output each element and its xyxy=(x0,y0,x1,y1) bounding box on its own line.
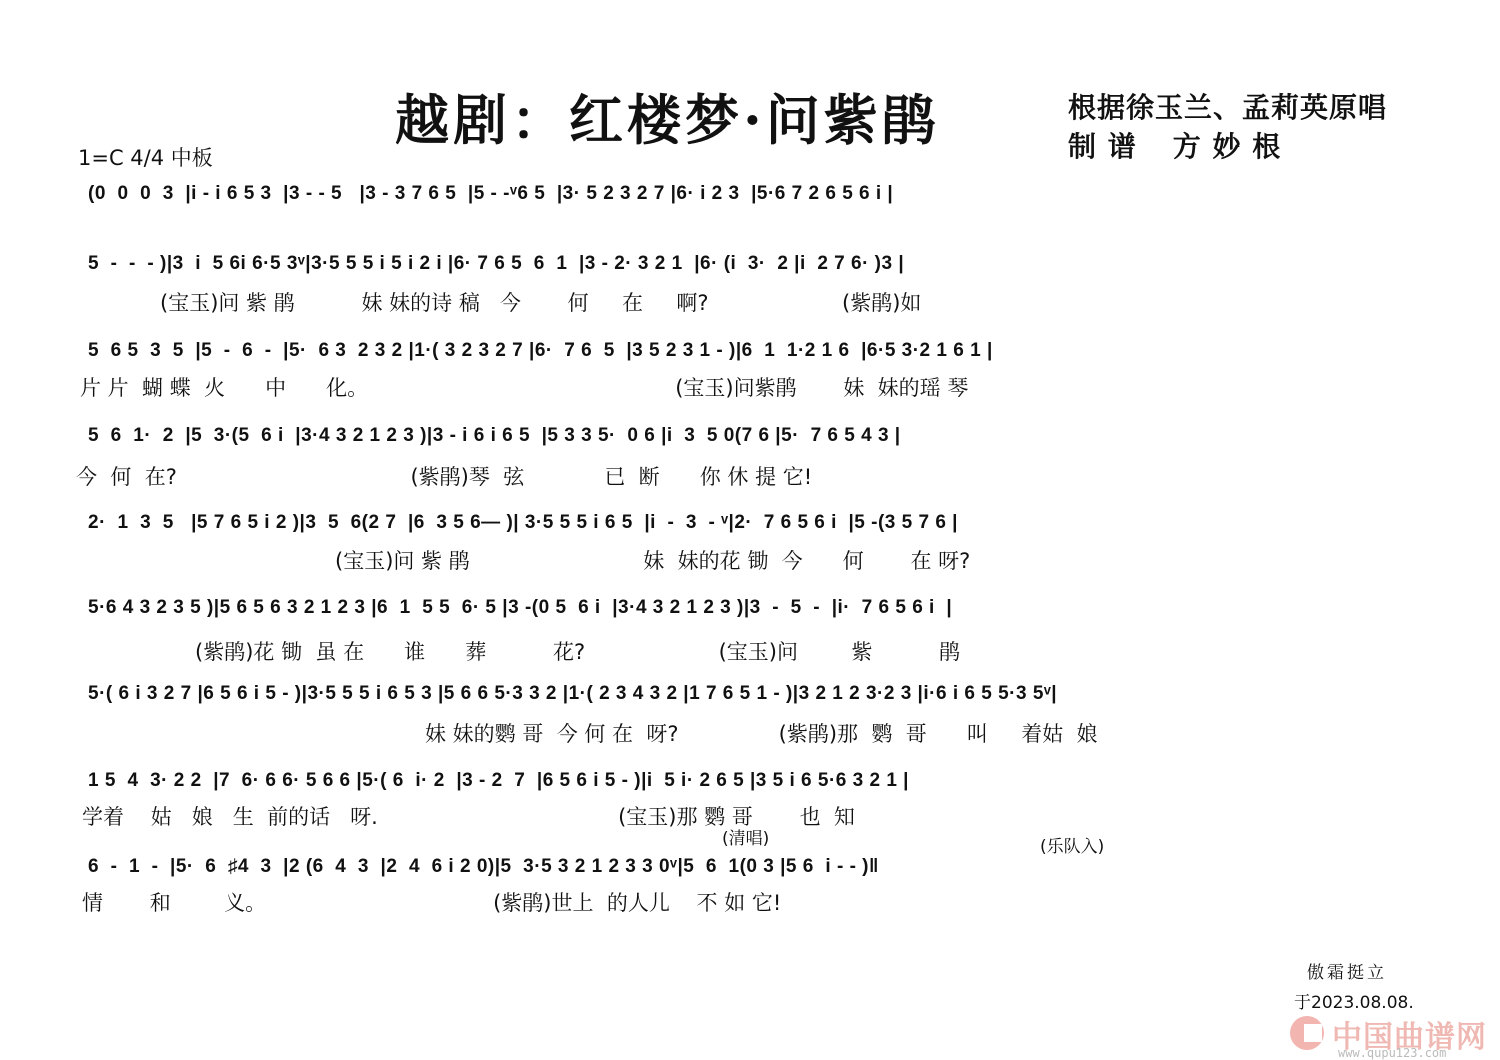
watermark-url: www.qupu123.com xyxy=(1338,1046,1446,1060)
score-line-3-lyrics: 片 片 蝴 蝶 火 中 化。 (宝玉)问紫鹃 妹 妹的瑶 琴 xyxy=(80,372,968,402)
score-line-9-notes: 6 - 1 - |5· 6 ♯4 3 |2 (6 4 3 |2 4 6 i 2 … xyxy=(88,856,879,878)
score-line-5-notes: 2· 1 3 5 |5 7 6 5 i 2 )|3 5 6(2 7 |6 3 5… xyxy=(88,512,958,534)
transcriber-label: 制 谱 xyxy=(1068,125,1137,165)
watermark-logo-icon xyxy=(1290,1016,1324,1050)
transcriber-credit: 制 谱方 妙 根 xyxy=(1068,125,1281,165)
date: 于2023.08.08. xyxy=(1294,988,1414,1013)
score-line-9-lyrics: 情 和 义。 (紫鹃)世上 的人儿 不 如 它! xyxy=(82,887,781,917)
score-line-7-lyrics: 妹 妹的鹦 哥 今 何 在 呀? (紫鹃)那 鹦 哥 叫 着姑 娘 xyxy=(425,718,1098,748)
score-line-4-lyrics: 今 何 在? (紫鹃)琴 弦 已 断 你 休 提 它! xyxy=(76,461,812,491)
watermark: 中国曲谱网 www.qupu123.com xyxy=(1290,1012,1500,1060)
score-line-7-notes: 5·( 6 i 3 2 7 |6 5 6 i 5 - )|3·5 5 5 i 6… xyxy=(88,683,1057,705)
signature: 傲霜挺立 xyxy=(1307,958,1387,983)
qingchang-annotation: (清唱) xyxy=(722,824,769,849)
page-title: 越剧：红楼梦·问紫鹃 xyxy=(395,78,940,155)
score-line-2-lyrics: (宝玉)问 紫 鹃 妹 妹的诗 稿 今 何 在 啊? (紫鹃)如 xyxy=(160,287,921,317)
score-line-4-notes: 5 6 1· 2 |5 3·(5 6 i |3·4 3 2 1 2 3 )|3 … xyxy=(88,425,901,447)
score-line-3-notes: 5 6 5 3 5 |5 - 6 - |5· 6 3 2 3 2 |1·( 3 … xyxy=(88,340,993,362)
score-line-8-notes: 1 5 4 3· 2 2 |7 6· 6 6· 5 6 6 |5·( 6 i· … xyxy=(88,770,909,792)
score-line-6-lyrics: (紫鹃)花 锄 虽 在 谁 葬 花? (宝玉)问 紫 鹃 xyxy=(195,636,960,666)
original-singers-credit: 根据徐玉兰、孟莉英原唱 xyxy=(1068,86,1387,126)
band-enters-annotation: (乐队入) xyxy=(1040,832,1104,857)
score-line-6-notes: 5·6 4 3 2 3 5 )|5 6 5 6 3 2 1 2 3 |6 1 5… xyxy=(88,597,952,619)
transcriber-name: 方 妙 根 xyxy=(1173,125,1282,165)
key-signature: 1=C 4/4 中板 xyxy=(78,142,213,172)
score-line-5-lyrics: (宝玉)问 紫 鹃 妹 妹的花 锄 今 何 在 呀? xyxy=(335,545,970,575)
score-line-1-notes: (0 0 0 3 |i - i 6 5 3 |3 - - 5 |3 - 3 7 … xyxy=(88,183,893,205)
score-line-2-notes: 5 - - - )|3 i 5 6i 6·5 3ᵛ|3·5 5 5 i 5 i … xyxy=(88,253,904,275)
